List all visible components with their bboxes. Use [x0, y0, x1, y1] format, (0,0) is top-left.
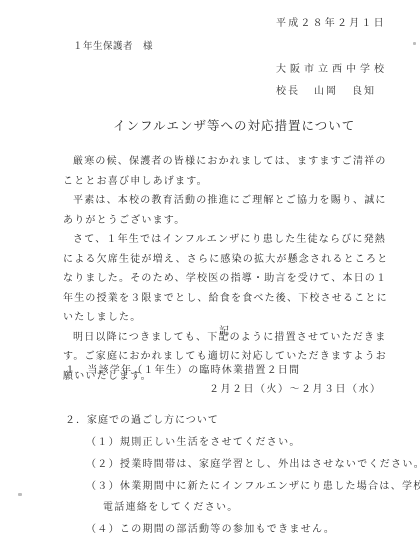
- scan-speck: [413, 42, 416, 45]
- item-2-subitem-2: （２）授業時間帯は、家庭学習とし、外出はさせないでください。: [86, 455, 420, 470]
- scan-speck: [18, 493, 22, 496]
- body-paragraph-situation: さて、１年生ではインフルエンザにり患した生徒ならびに発熱による欠席生徒が増え、さ…: [63, 230, 393, 328]
- document-title: インフルエンザ等への対応措置について: [113, 116, 355, 134]
- principal-given-name: 良知: [352, 86, 376, 97]
- item-1-date-range: ２月２日（火）～２月３日（水）: [209, 380, 382, 395]
- item-2-subitem-1: （１）規則正しい生活をさせてください。: [86, 433, 301, 448]
- sender-principal: 校長山岡良知: [276, 82, 376, 97]
- item-2-label: ２．家庭での過ごし方について: [65, 411, 219, 426]
- sender-school: 大阪市立西中学校: [276, 60, 388, 75]
- body-text: 厳寒の候、保護者の皆様におかれましては、ますますご清祥のこととお喜び申しあげます…: [63, 152, 393, 386]
- principal-title: 校長: [276, 86, 300, 97]
- principal-surname: 山岡: [314, 86, 338, 97]
- ki-heading: 記: [219, 322, 229, 337]
- item-2-subitem-4: （４）この期間の部活動等の参加もできません。: [86, 520, 335, 535]
- item-2-subitem-3-continued: 電話連絡をしてください。: [103, 498, 239, 513]
- issue-date: 平成２８年２月１日: [276, 14, 386, 29]
- item-2-subitem-3: （３）休業期間中に新たにインフルエンザにり患した場合は、学校まで: [86, 477, 420, 492]
- item-1-label: １．当該学年（１年生）の臨時休業措置２日間: [65, 361, 300, 376]
- body-paragraph-thanks: 平素は、本校の教育活動の推進にご理解とご協力を賜り、誠にありがとうございます。: [63, 191, 393, 230]
- recipient: １年生保護者 様: [73, 38, 153, 52]
- body-paragraph-greeting: 厳寒の候、保護者の皆様におかれましては、ますますご清祥のこととお喜び申しあげます…: [63, 152, 393, 191]
